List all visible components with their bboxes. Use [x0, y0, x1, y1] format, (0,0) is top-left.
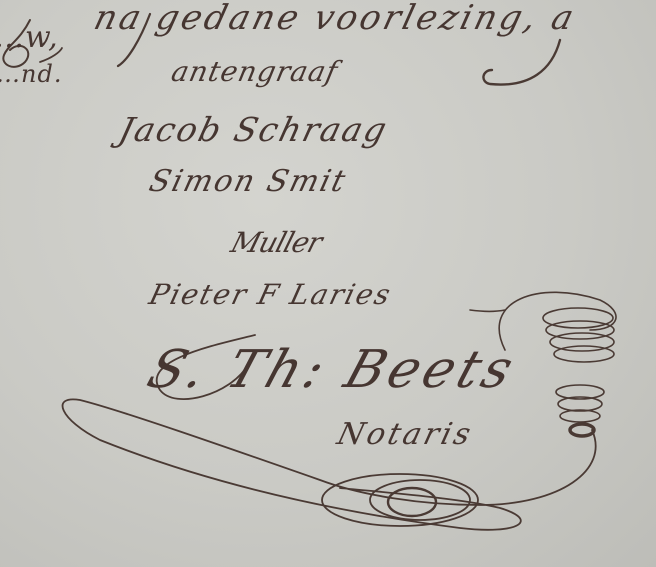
notary-signature: S. Th: Beets	[140, 340, 524, 400]
signature-jacob-schraag: Jacob Schraag	[115, 110, 392, 149]
signature-pieter-laries: Pieter F Laries	[146, 278, 396, 311]
signature-antengraaf: antengraaf	[168, 55, 341, 88]
signature-illegible: Muller	[227, 226, 325, 259]
document-photo: …w, …nd. na gedane voorlezing, a antengr…	[0, 0, 656, 567]
notary-title: Notaris	[334, 417, 477, 452]
margin-fragment-1: …w,	[0, 20, 59, 55]
deed-text-line: na gedane voorlezing, a	[90, 0, 580, 38]
signature-simon-smit: Simon Smit	[146, 164, 351, 199]
margin-fragment-2: …nd.	[0, 60, 62, 88]
